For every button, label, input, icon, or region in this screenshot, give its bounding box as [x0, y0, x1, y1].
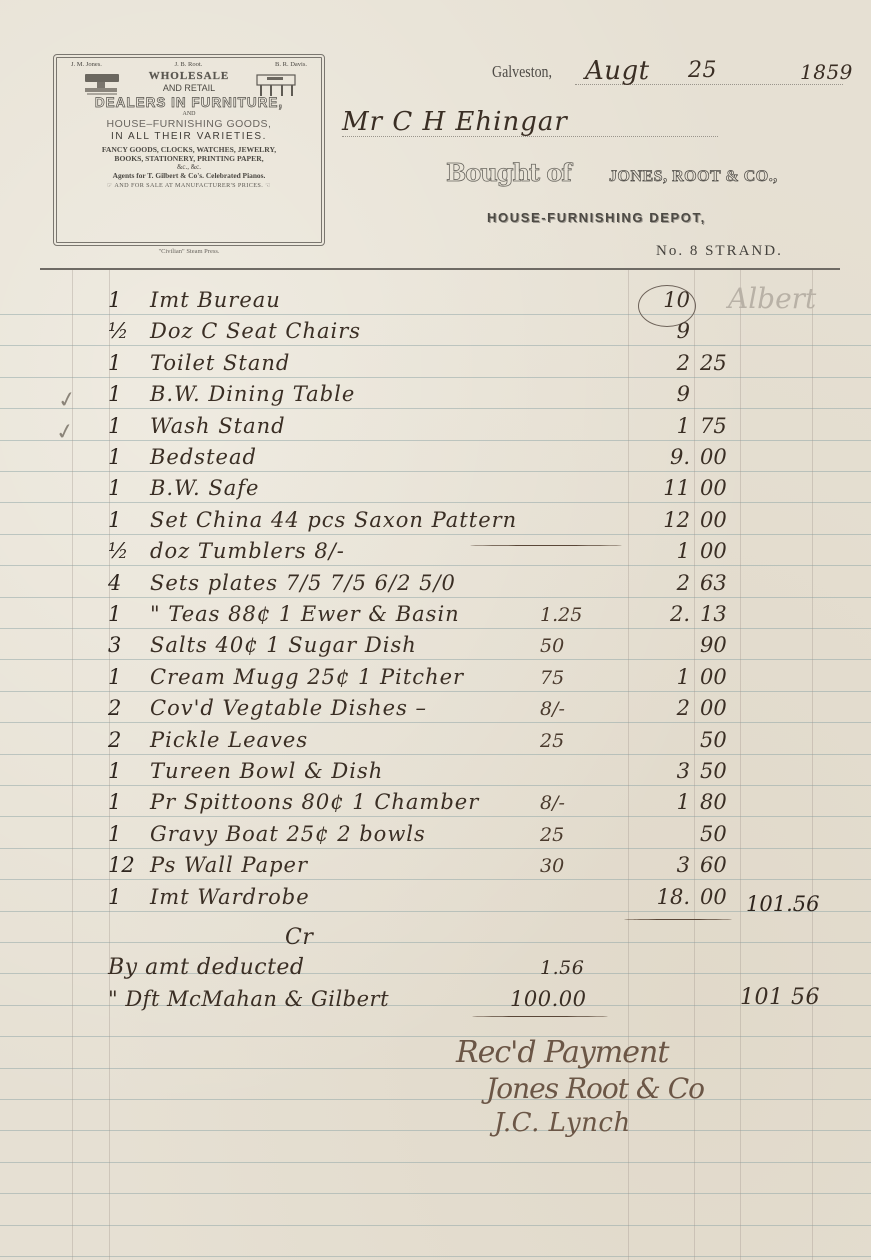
- item-dollars: 1: [628, 414, 690, 438]
- item-description: Cream Mugg 25¢ 1 Pitcher: [150, 665, 464, 689]
- store-address: No. 8 STRAND.: [656, 243, 783, 260]
- depot-name: HOUSE-FURNISHING DEPOT,: [487, 210, 706, 225]
- item-cents: 60: [700, 853, 740, 877]
- city-label: Galveston,: [492, 62, 552, 82]
- item-description: Cov'd Vegtable Dishes –: [150, 696, 427, 720]
- signature-received-payment: Rec'd Payment: [456, 1035, 668, 1070]
- item-cents: 00: [700, 445, 740, 469]
- item-dollars: 1: [628, 539, 690, 563]
- customer-name: Mr C H Ehingar: [342, 107, 568, 137]
- item-dollars: 9: [628, 382, 690, 406]
- sofa-engraving-icon: [83, 72, 121, 96]
- partners: J. M. Jones. J. B. Root. B. R. Davis.: [57, 58, 321, 68]
- item-unit-price: 75: [540, 667, 618, 689]
- letterhead-varieties: IN ALL THEIR VARIETIES.: [57, 131, 321, 142]
- item-dollars: 9.: [628, 445, 690, 469]
- item-unit-price: 30: [540, 855, 618, 877]
- item-dollars: 18.: [628, 885, 690, 909]
- credit-underline: [472, 1016, 608, 1017]
- letterhead-sale: ☞ AND FOR SALE AT MANUFACTURER'S PRICES.…: [57, 181, 321, 190]
- margin-rule: [72, 268, 73, 1260]
- invoice-page: J. M. Jones. J. B. Root. B. R. Davis. WH…: [0, 0, 871, 1260]
- item-cents: 80: [700, 790, 740, 814]
- letterhead-etc: &c., &c.: [57, 163, 321, 171]
- letterhead-house-furnishing: HOUSE–FURNISHING GOODS,: [57, 118, 321, 130]
- item-description: Toilet Stand: [150, 351, 290, 375]
- grand-total: 101.56: [746, 892, 819, 916]
- column-rule: [694, 268, 695, 1260]
- credit-line-1-desc: By amt deducted: [108, 955, 305, 980]
- partner-name: J. B. Root.: [175, 61, 203, 68]
- partner-name: J. M. Jones.: [71, 61, 102, 68]
- item-cents: 00: [700, 885, 740, 909]
- item-description: Sets plates 7/5 7/5 6/2 5/0: [150, 571, 456, 595]
- item-cents: 75: [700, 414, 740, 438]
- item-description: Set China 44 pcs Saxon Pattern: [150, 508, 517, 532]
- pattern-underline: [470, 545, 622, 546]
- item-description: Doz C Seat Chairs: [150, 319, 361, 343]
- date-day: 25: [688, 58, 717, 83]
- item-dollars: 2: [628, 696, 690, 720]
- item-cents: 63: [700, 571, 740, 595]
- signature-firm: Jones Root & Co: [486, 1072, 704, 1105]
- item-dollars: 1: [628, 790, 690, 814]
- check-mark-icon: ✓: [54, 419, 76, 447]
- item-cents: 90: [700, 633, 740, 657]
- credit-heading: Cr: [285, 925, 313, 950]
- item-cents: 00: [700, 696, 740, 720]
- item-unit-price: 50: [540, 635, 618, 657]
- item-unit-price: 25: [540, 824, 618, 846]
- item-unit-price: 8/-: [540, 698, 618, 720]
- item-description: Imt Wardrobe: [150, 885, 310, 909]
- header-divider: [40, 268, 840, 270]
- bought-of-label: Bought of: [446, 158, 571, 187]
- item-description: Salts 40¢ 1 Sugar Dish: [150, 633, 417, 657]
- item-dollars: 9: [628, 319, 690, 343]
- item-description: doz Tumblers 8/-: [150, 539, 345, 563]
- item-cents: 25: [700, 351, 740, 375]
- item-dollars: 10: [628, 288, 690, 312]
- item-description: " Teas 88¢ 1 Ewer & Basin: [150, 602, 460, 626]
- credit-line-2-amount: 100.00: [510, 987, 586, 1011]
- item-description: Wash Stand: [150, 414, 286, 438]
- item-description: Pickle Leaves: [150, 728, 308, 752]
- date-month: Augt: [585, 56, 650, 86]
- item-description: Ps Wall Paper: [150, 853, 308, 877]
- item-description: B.W. Dining Table: [150, 382, 355, 406]
- credit-line-1-amount: 1.56: [540, 957, 584, 979]
- item-cents: 00: [700, 476, 740, 500]
- firm-name: JONES, ROOT & CO.,: [609, 168, 778, 186]
- letterhead-and: AND: [57, 111, 321, 117]
- item-cents: 50: [700, 759, 740, 783]
- item-description: Pr Spittoons 80¢ 1 Chamber: [150, 790, 479, 814]
- letterhead-goods-line-1: FANCY GOODS, CLOCKS, WATCHES, JEWELRY,: [57, 145, 321, 154]
- item-description: Imt Bureau: [150, 288, 281, 312]
- pencil-note: Albert: [728, 282, 816, 315]
- check-mark-icon: ✓: [56, 387, 78, 415]
- item-cents: 00: [700, 508, 740, 532]
- item-dollars: 12: [628, 508, 690, 532]
- letterhead-goods-line-2: BOOKS, STATIONERY, PRINTING PAPER,: [57, 154, 321, 163]
- item-dollars: 11: [628, 476, 690, 500]
- date-year: 1859: [800, 60, 853, 84]
- item-description: Bedstead: [150, 445, 257, 469]
- item-dollars: 1: [628, 665, 690, 689]
- item-unit-price: 1.25: [540, 604, 618, 626]
- item-cents: 13: [700, 602, 740, 626]
- credit-line-2-desc: " Dft McMahan & Gilbert: [108, 987, 389, 1011]
- column-rule: [812, 268, 813, 1260]
- letterhead-agents: Agents for T. Gilbert & Co's. Celebrated…: [57, 171, 321, 181]
- credit-total: 101 56: [740, 985, 820, 1010]
- item-description: Tureen Bowl & Dish: [150, 759, 383, 783]
- item-cents: 00: [700, 665, 740, 689]
- signature-clerk: J.C. Lynch: [494, 1108, 631, 1138]
- piano-engraving-icon: [255, 72, 297, 98]
- item-cents: 00: [700, 539, 740, 563]
- item-dollars: 2.: [628, 602, 690, 626]
- partner-name: B. R. Davis.: [275, 61, 307, 68]
- item-dollars: 3: [628, 759, 690, 783]
- item-dollars: 2: [628, 351, 690, 375]
- letterhead-box: J. M. Jones. J. B. Root. B. R. Davis. WH…: [53, 54, 325, 246]
- subtotal-underline: [624, 919, 732, 920]
- item-description: Gravy Boat 25¢ 2 bowls: [150, 822, 426, 846]
- item-description: B.W. Safe: [150, 476, 259, 500]
- item-dollars: 2: [628, 571, 690, 595]
- item-dollars: 3: [628, 853, 690, 877]
- customer-dotted-line: [342, 136, 718, 137]
- item-cents: 50: [700, 822, 740, 846]
- item-cents: 50: [700, 728, 740, 752]
- column-rule: [740, 268, 741, 1260]
- item-unit-price: 25: [540, 730, 618, 752]
- item-unit-price: 8/-: [540, 792, 618, 814]
- press-credit: "Civilian" Steam Press.: [53, 248, 325, 255]
